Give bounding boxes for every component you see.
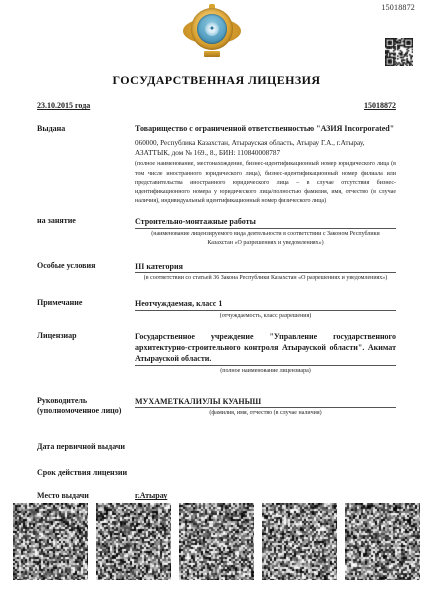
field-value: Государственное учреждение "Управление г… xyxy=(135,331,396,375)
field-value: Неотчуждаемая, класс 1 (отчуждаемость, к… xyxy=(135,298,396,321)
field-first-issue-date: Дата первичной выдачи xyxy=(37,442,396,452)
licensee-address: 060000, Республика Казахстан, Атырауская… xyxy=(135,139,396,158)
remark-value: Неотчуждаемая, класс 1 xyxy=(135,299,396,311)
field-label: Дата первичной выдачи xyxy=(37,442,135,452)
head-name: МУХАМЕТКАЛИУЛЫ КУАНЫШ xyxy=(135,397,396,409)
field-label: Примечание xyxy=(37,298,135,321)
place-of-issue-value: г.Атырау xyxy=(135,491,396,502)
field-footnote: (наименование лицензируемого вида деятел… xyxy=(135,230,396,248)
barcode-block-5 xyxy=(345,503,420,580)
license-number: 15018872 xyxy=(364,101,396,110)
field-place-of-issue: Место выдачи г.Атырау xyxy=(37,491,396,502)
date-number-row: 23.10.2015 года 15018872 xyxy=(37,101,396,110)
barcode-block-4 xyxy=(262,503,337,580)
field-licensor: Лицензиар Государственное учреждение "Уп… xyxy=(37,331,396,375)
barcode-block-2 xyxy=(96,503,171,580)
field-value: МУХАМЕТКАЛИУЛЫ КУАНЫШ (фамилия, имя, отч… xyxy=(135,396,396,419)
field-value: Строительно-монтажные работы (наименован… xyxy=(135,216,396,248)
field-activity: на занятие Строительно-монтажные работы … xyxy=(37,216,396,248)
document-body: ГОСУДАРСТВЕННАЯ ЛИЦЕНЗИЯ 23.10.2015 года… xyxy=(0,0,424,502)
license-document: 15018872 ✦ ГОСУДАРСТВЕННАЯ ЛИЦЕНЗИЯ 23.1… xyxy=(0,0,424,600)
field-label: на занятие xyxy=(37,216,135,248)
barcode-block-3 xyxy=(179,503,254,580)
field-label: Выдана xyxy=(37,124,135,207)
field-label: Лицензиар xyxy=(37,331,135,375)
field-label: Особые условия xyxy=(37,261,135,284)
head-label: Руководитель xyxy=(37,396,135,406)
issue-date: 23.10.2015 года xyxy=(37,101,90,110)
special-conditions-value: III категория xyxy=(135,262,396,274)
field-head: Руководитель (уполномоченное лицо) МУХАМ… xyxy=(37,396,396,419)
field-issued-to: Выдана Товарищество с ограниченной ответ… xyxy=(37,124,396,207)
licensor-value: Государственное учреждение "Управление г… xyxy=(135,332,396,365)
barcode-block-1 xyxy=(13,503,88,580)
field-value: г.Атырау xyxy=(135,491,396,502)
field-footnote: (полное наименование, местонахождение, б… xyxy=(135,160,396,206)
field-value: III категория (в соответствии со статьей… xyxy=(135,261,396,284)
field-value xyxy=(135,468,396,478)
field-footnote: (фамилия, имя, отчество (в случае наличи… xyxy=(135,409,396,418)
field-footnote: (полное наименование лицензиара) xyxy=(135,367,396,376)
field-validity: Срок действия лицензии xyxy=(37,468,396,478)
activity-value: Строительно-монтажные работы xyxy=(135,217,396,229)
field-remark: Примечание Неотчуждаемая, класс 1 (отчуж… xyxy=(37,298,396,321)
field-label: Руководитель (уполномоченное лицо) xyxy=(37,396,135,419)
field-value: Товарищество с ограниченной ответственно… xyxy=(135,124,396,207)
field-footnote: (отчуждаемость, класс разрешения) xyxy=(135,312,396,321)
datamatrix-barcode-row xyxy=(13,503,419,580)
field-footnote: (в соответствии со статьей 36 Закона Рес… xyxy=(135,274,396,283)
field-label: Место выдачи xyxy=(37,491,135,502)
document-title: ГОСУДАРСТВЕННАЯ ЛИЦЕНЗИЯ xyxy=(37,73,396,88)
field-label: Срок действия лицензии xyxy=(37,468,135,478)
field-value xyxy=(135,442,396,452)
field-special-conditions: Особые условия III категория (в соответс… xyxy=(37,261,396,284)
head-sublabel: (уполномоченное лицо) xyxy=(37,406,135,416)
licensee-name: Товарищество с ограниченной ответственно… xyxy=(135,124,396,135)
